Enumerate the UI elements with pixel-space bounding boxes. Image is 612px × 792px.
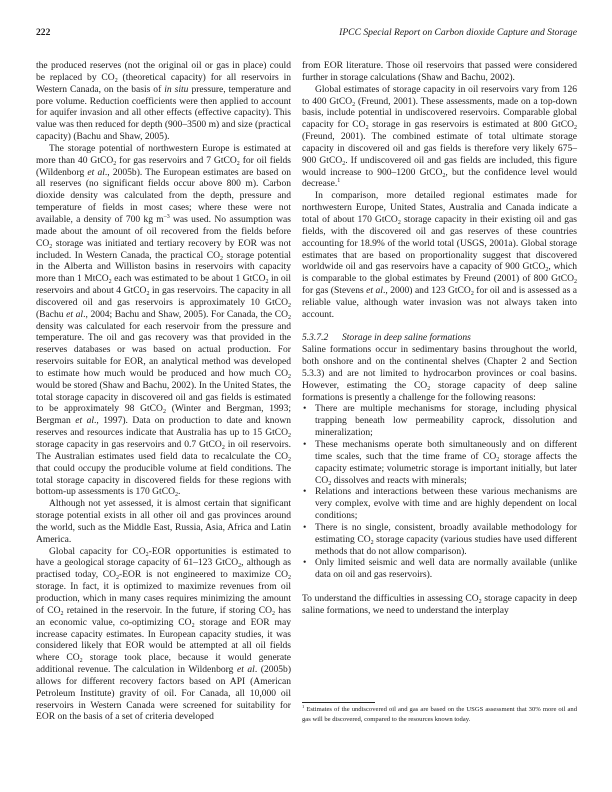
footnote-reference[interactable]: 1 <box>337 178 340 184</box>
running-title: IPCC Special Report on Carbon dioxide Ca… <box>339 27 577 38</box>
page-number: 222 <box>36 27 50 38</box>
page-header: 222 IPCC Special Report on Carbon dioxid… <box>36 27 577 41</box>
left-column: the produced reserves (not the original … <box>36 60 291 723</box>
paragraph: To understand the difficulties in assess… <box>302 593 577 617</box>
footnote-divider <box>302 702 375 703</box>
list-item: Only limited seismic and well data are n… <box>302 557 577 581</box>
paragraph: Global capacity for CO2-EOR opportunitie… <box>36 546 291 724</box>
footnote-text: Estimates of the undiscovered oil and ga… <box>302 706 577 723</box>
section-title: Storage in deep saline formations <box>342 332 471 343</box>
section-heading: 5.3.7.2Storage in deep saline formations <box>302 332 577 344</box>
list-item: There are multiple mechanisms for storag… <box>302 403 577 439</box>
list-item: Relations and interactions between these… <box>302 486 577 522</box>
paragraph: the produced reserves (not the original … <box>36 60 291 143</box>
paragraph: Saline formations occur in sedimentary b… <box>302 344 577 403</box>
list-item: These mechanisms operate both simultaneo… <box>302 439 577 486</box>
bullet-list: There are multiple mechanisms for storag… <box>302 403 577 581</box>
spacer <box>302 581 577 593</box>
list-item: There is no single, consistent, broadly … <box>302 522 577 558</box>
footnote: 1 Estimates of the undiscovered oil and … <box>302 705 577 724</box>
paragraph: In comparison, more detailed regional es… <box>302 190 577 320</box>
paragraph: Although not yet assessed, it is almost … <box>36 498 291 545</box>
section-number: 5.3.7.2 <box>302 332 342 344</box>
paragraph: Global estimates of storage capacity in … <box>302 84 577 191</box>
paragraph: from EOR literature. Those oil reservoir… <box>302 60 577 84</box>
right-column: from EOR literature. Those oil reservoir… <box>302 60 577 617</box>
paragraph: The storage potential of northwestern Eu… <box>36 143 291 498</box>
